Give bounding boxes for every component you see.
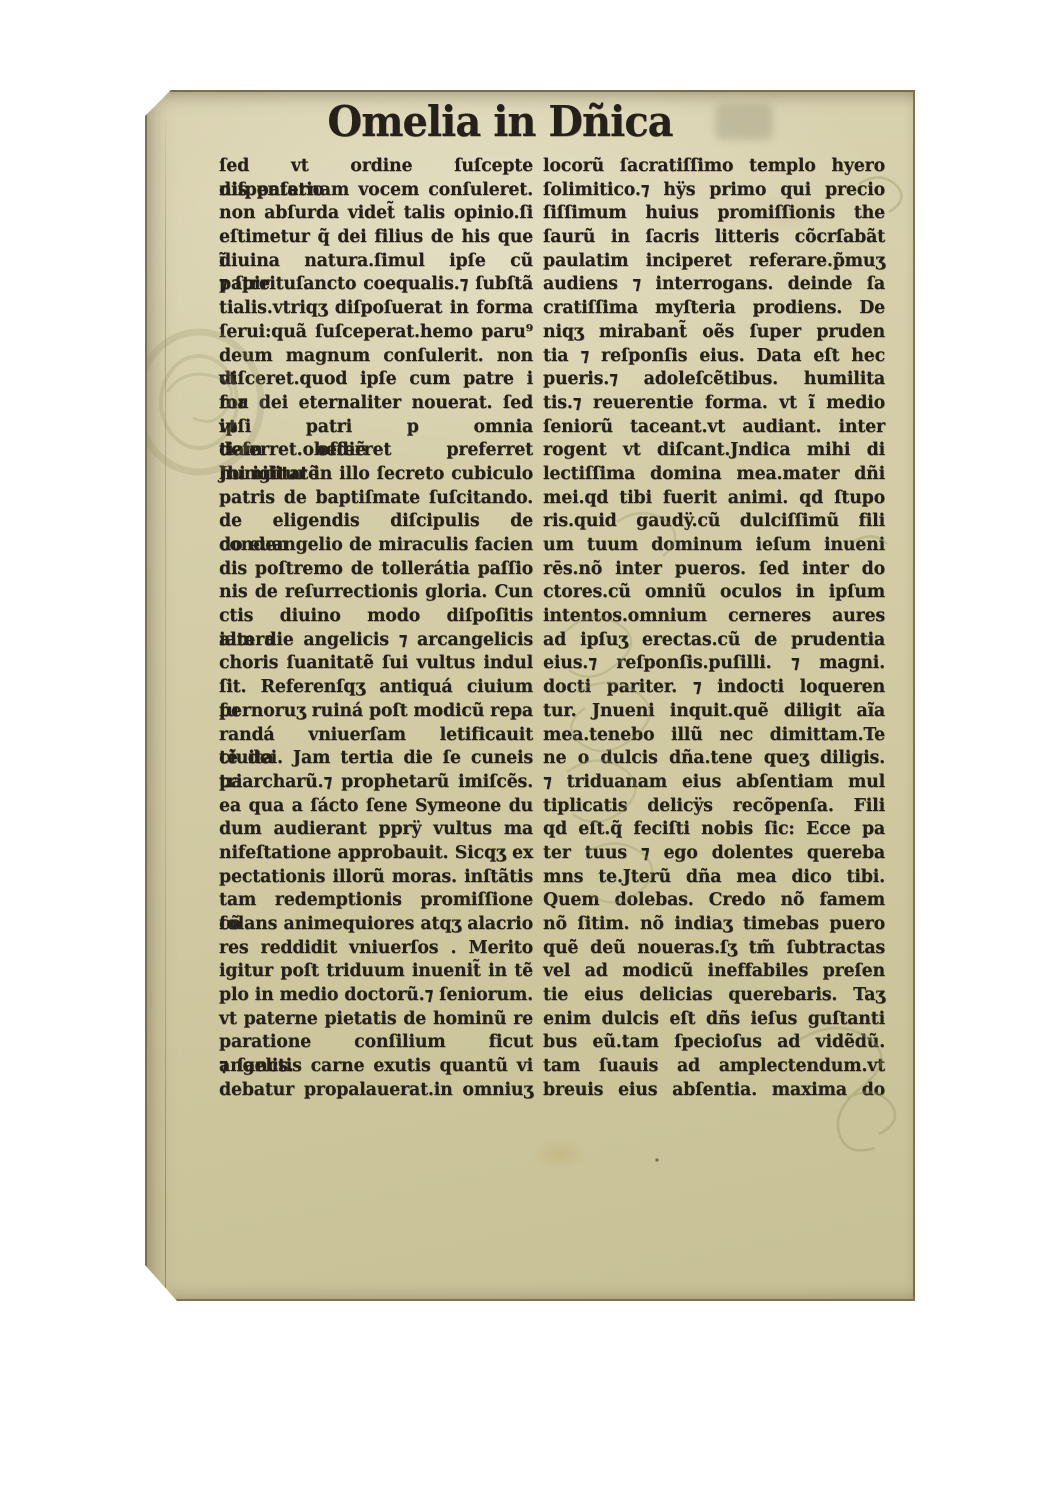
text-line: iam die angelicis ⁊ arcangelicis — [219, 629, 533, 653]
text-line: pernoruʒ ruiná poſt modicũ repa — [219, 700, 533, 724]
text-line: tis.⁊ reuerentie forma. vt ĩ medio — [543, 392, 885, 416]
text-line: deum magnum conſulerit. non vt — [219, 345, 533, 369]
text-line: mns te.Jterũ dña mea dico tibi. — [543, 866, 885, 890]
text-line: plo in medio doctorũ.⁊ ſeniorum. — [219, 984, 533, 1008]
text-line: pueris.⁊ adoleſcẽtibus. humilita — [543, 368, 885, 392]
text-line: tie eius delicias querebaris. Taʒ — [543, 984, 885, 1008]
text-column-right: locorũ ſacratiſſimo templo hyeroſolimiti… — [543, 155, 885, 1103]
text-line: tam redemptionis promiſſione cõ — [219, 889, 533, 913]
text-line: locorũ ſacratiſſimo templo hyero — [543, 155, 885, 179]
text-line: rogent vt diſcant.Jndica mihi di — [543, 439, 885, 463]
text-line: ſaurũ in ſacris litteris cõcrſabãt — [543, 226, 885, 250]
text-line: de eligendis diſcipulis de conden — [219, 510, 533, 534]
text-line: breuis eius abſentia. maxima do — [543, 1079, 885, 1103]
text-line: ad ipſuʒ erectas.cũ de prudentia — [543, 629, 885, 653]
text-line: ter tuus ⁊ ego dolentes quereba — [543, 842, 885, 866]
text-line: tur. Jnueni inquit.quẽ diligit aĩa — [543, 700, 885, 724]
text-line: ctis diuino modo diſpoſitis altera — [219, 605, 533, 629]
text-line: do euangelio de miraculis facien — [219, 534, 533, 558]
text-line: choris ſuanitatẽ ſui vultus indul — [219, 652, 533, 676]
text-line: tẽ dei. Jam tertia die ſe cuneis pa — [219, 747, 533, 771]
text-line: non abſurda videt̃ talis opinio.ſi — [219, 202, 533, 226]
text-line: ⁊ ſanctis carne exutis quantũ vi — [219, 1055, 533, 1079]
text-line: paulatim inciperet referare.p̃muʒ — [543, 250, 885, 274]
text-line: vt paterne pietatis de hominũ re — [219, 1008, 533, 1032]
text-line: qd eſt.q̃ feciſti nobis ſic: Ecce pa — [543, 818, 885, 842]
text-line: nõ ſitim. nõ indiaʒ timebas puero — [543, 913, 885, 937]
text-line: ipſi patri p omnia deferret.obediẽ — [219, 416, 533, 440]
text-line: ⁊ triduanam eius abſentiam mul — [543, 771, 885, 795]
text-column-left: ſed vt ordine ſuſcepte diſpenſationis pa… — [219, 155, 533, 1103]
text-line: ſerui:quã ſuſceperat.hemo paru⁹ — [219, 321, 533, 345]
text-line: patris de baptiſmate ſuſcitando. — [219, 487, 533, 511]
page-fold-line — [165, 98, 166, 1293]
text-line: audiens ⁊ interrogans. deinde ſa — [543, 273, 885, 297]
text-line: quẽ deũ noueras.ſʒ tm̃ ſubtractas — [543, 937, 885, 961]
text-line: enim dulcis eſt dñs ieſus guſtanti — [543, 1008, 885, 1032]
text-line: randá vniuerſam letificauit ciuita — [219, 724, 533, 748]
page-title: Omelia in Dñica — [165, 98, 836, 150]
text-line: ſolans animequiores atqʒ alacrio — [219, 913, 533, 937]
text-line: intentos.omnium cerneres aures — [543, 605, 885, 629]
text-line: triarcharũ.⁊ prophetarũ imiſcẽs. — [219, 771, 533, 795]
text-line: diſceret.quod ipſe cum patre i for — [219, 368, 533, 392]
text-line: ctores.cũ omniũ oculos in ipſum — [543, 581, 885, 605]
text-line: ſolimitico.⁊ hÿs primo qui precio — [543, 179, 885, 203]
text-line: docti pariter. ⁊ indocti loqueren — [543, 676, 885, 700]
text-line: Jbi igitur in illo ſecreto cubiculo — [219, 463, 533, 487]
text-line: dum audierant pprÿ vultus ma — [219, 818, 533, 842]
text-line: ſed vt ordine ſuſcepte diſpenſatio — [219, 155, 533, 179]
text-line: nis paternam vocem conſuleret. — [219, 179, 533, 203]
text-line: eſtimetur q̃ dei filius de his que ĩ — [219, 226, 533, 250]
text-line: eius.⁊ reſponſis.puſilli. ⁊ magni. — [543, 652, 885, 676]
text-line: bus eũ.tam ſpecioſus ad vidẽdũ. — [543, 1031, 885, 1055]
text-line: res reddidit vniuerſos . Merito — [219, 937, 533, 961]
text-line: nifeſtatione approbauit. Sicqʒ ex — [219, 842, 533, 866]
text-line: Quem dolebas. Credo nõ famem — [543, 889, 885, 913]
text-line: rēs.nõ inter pueros. ſed inter do — [543, 558, 885, 582]
text-line: ſiſſimum huius promiſſionis the — [543, 202, 885, 226]
text-line: ris.quid gaudÿ.cũ dulciſſimũ fili — [543, 510, 885, 534]
text-line: ne o dulcis dña.tene queʒ diligis. — [543, 747, 885, 771]
text-line: debatur propalauerat.in omniuʒ — [219, 1079, 533, 1103]
text-line: cratiſſima myſteria prodiens. De — [543, 297, 885, 321]
text-line: nis de reſurrectionis gloria. Cun — [219, 581, 533, 605]
text-line: ⁊ ſpirituſancto coequalis.⁊ ſubſtã — [219, 273, 533, 297]
text-line: dis poſtremo de tollerátia paſſio — [219, 558, 533, 582]
text-line: ſit. Referenſqʒ antiquá ciuium ſu — [219, 676, 533, 700]
text-line: pectationis illorũ moras. inſtãtis — [219, 866, 533, 890]
text-line: tiplicatis delicÿs recõpenſa. Fili — [543, 795, 885, 819]
text-line: um tuum dominum ieſum inueni — [543, 534, 885, 558]
text-line: niqʒ mirabant̃ oẽs ſuper pruden — [543, 321, 885, 345]
text-line: ma dei eternaliter nouerat. ſed vt — [219, 392, 533, 416]
text-line: diuina natura.ſimul ipſe cũ patre — [219, 250, 533, 274]
text-line: lectiſſima domina mea.mater dñi — [543, 463, 885, 487]
text-line: ea qua a ſácto ſene Symeone du — [219, 795, 533, 819]
text-line: tiam offerret preferret humilitatẽ — [219, 439, 533, 463]
text-line: tialis.vtriqʒ diſpoſuerat in forma — [219, 297, 533, 321]
text-line: ſeniorũ taceant.vt audiant. inter — [543, 416, 885, 440]
text-line: tam ſuauis ad amplectendum.vt — [543, 1055, 885, 1079]
text-line: igitur poſt triduum inuenit̃ in tẽ — [219, 960, 533, 984]
text-line: mei.qd tibi fuerit animi. qd ſtupo — [543, 487, 885, 511]
text-line: mea.tenebo illũ nec dimittam.Te — [543, 724, 885, 748]
text-line: tia ⁊ reſponſis eius. Data eſt hec — [543, 345, 885, 369]
text-line: paratione conſilium ficut angelis. — [219, 1031, 533, 1055]
text-line: vel ad modicũ ineffabiles preſen — [543, 960, 885, 984]
book-page: Omelia in Dñica ſed vt ordine ſuſcepte d… — [145, 90, 915, 1301]
